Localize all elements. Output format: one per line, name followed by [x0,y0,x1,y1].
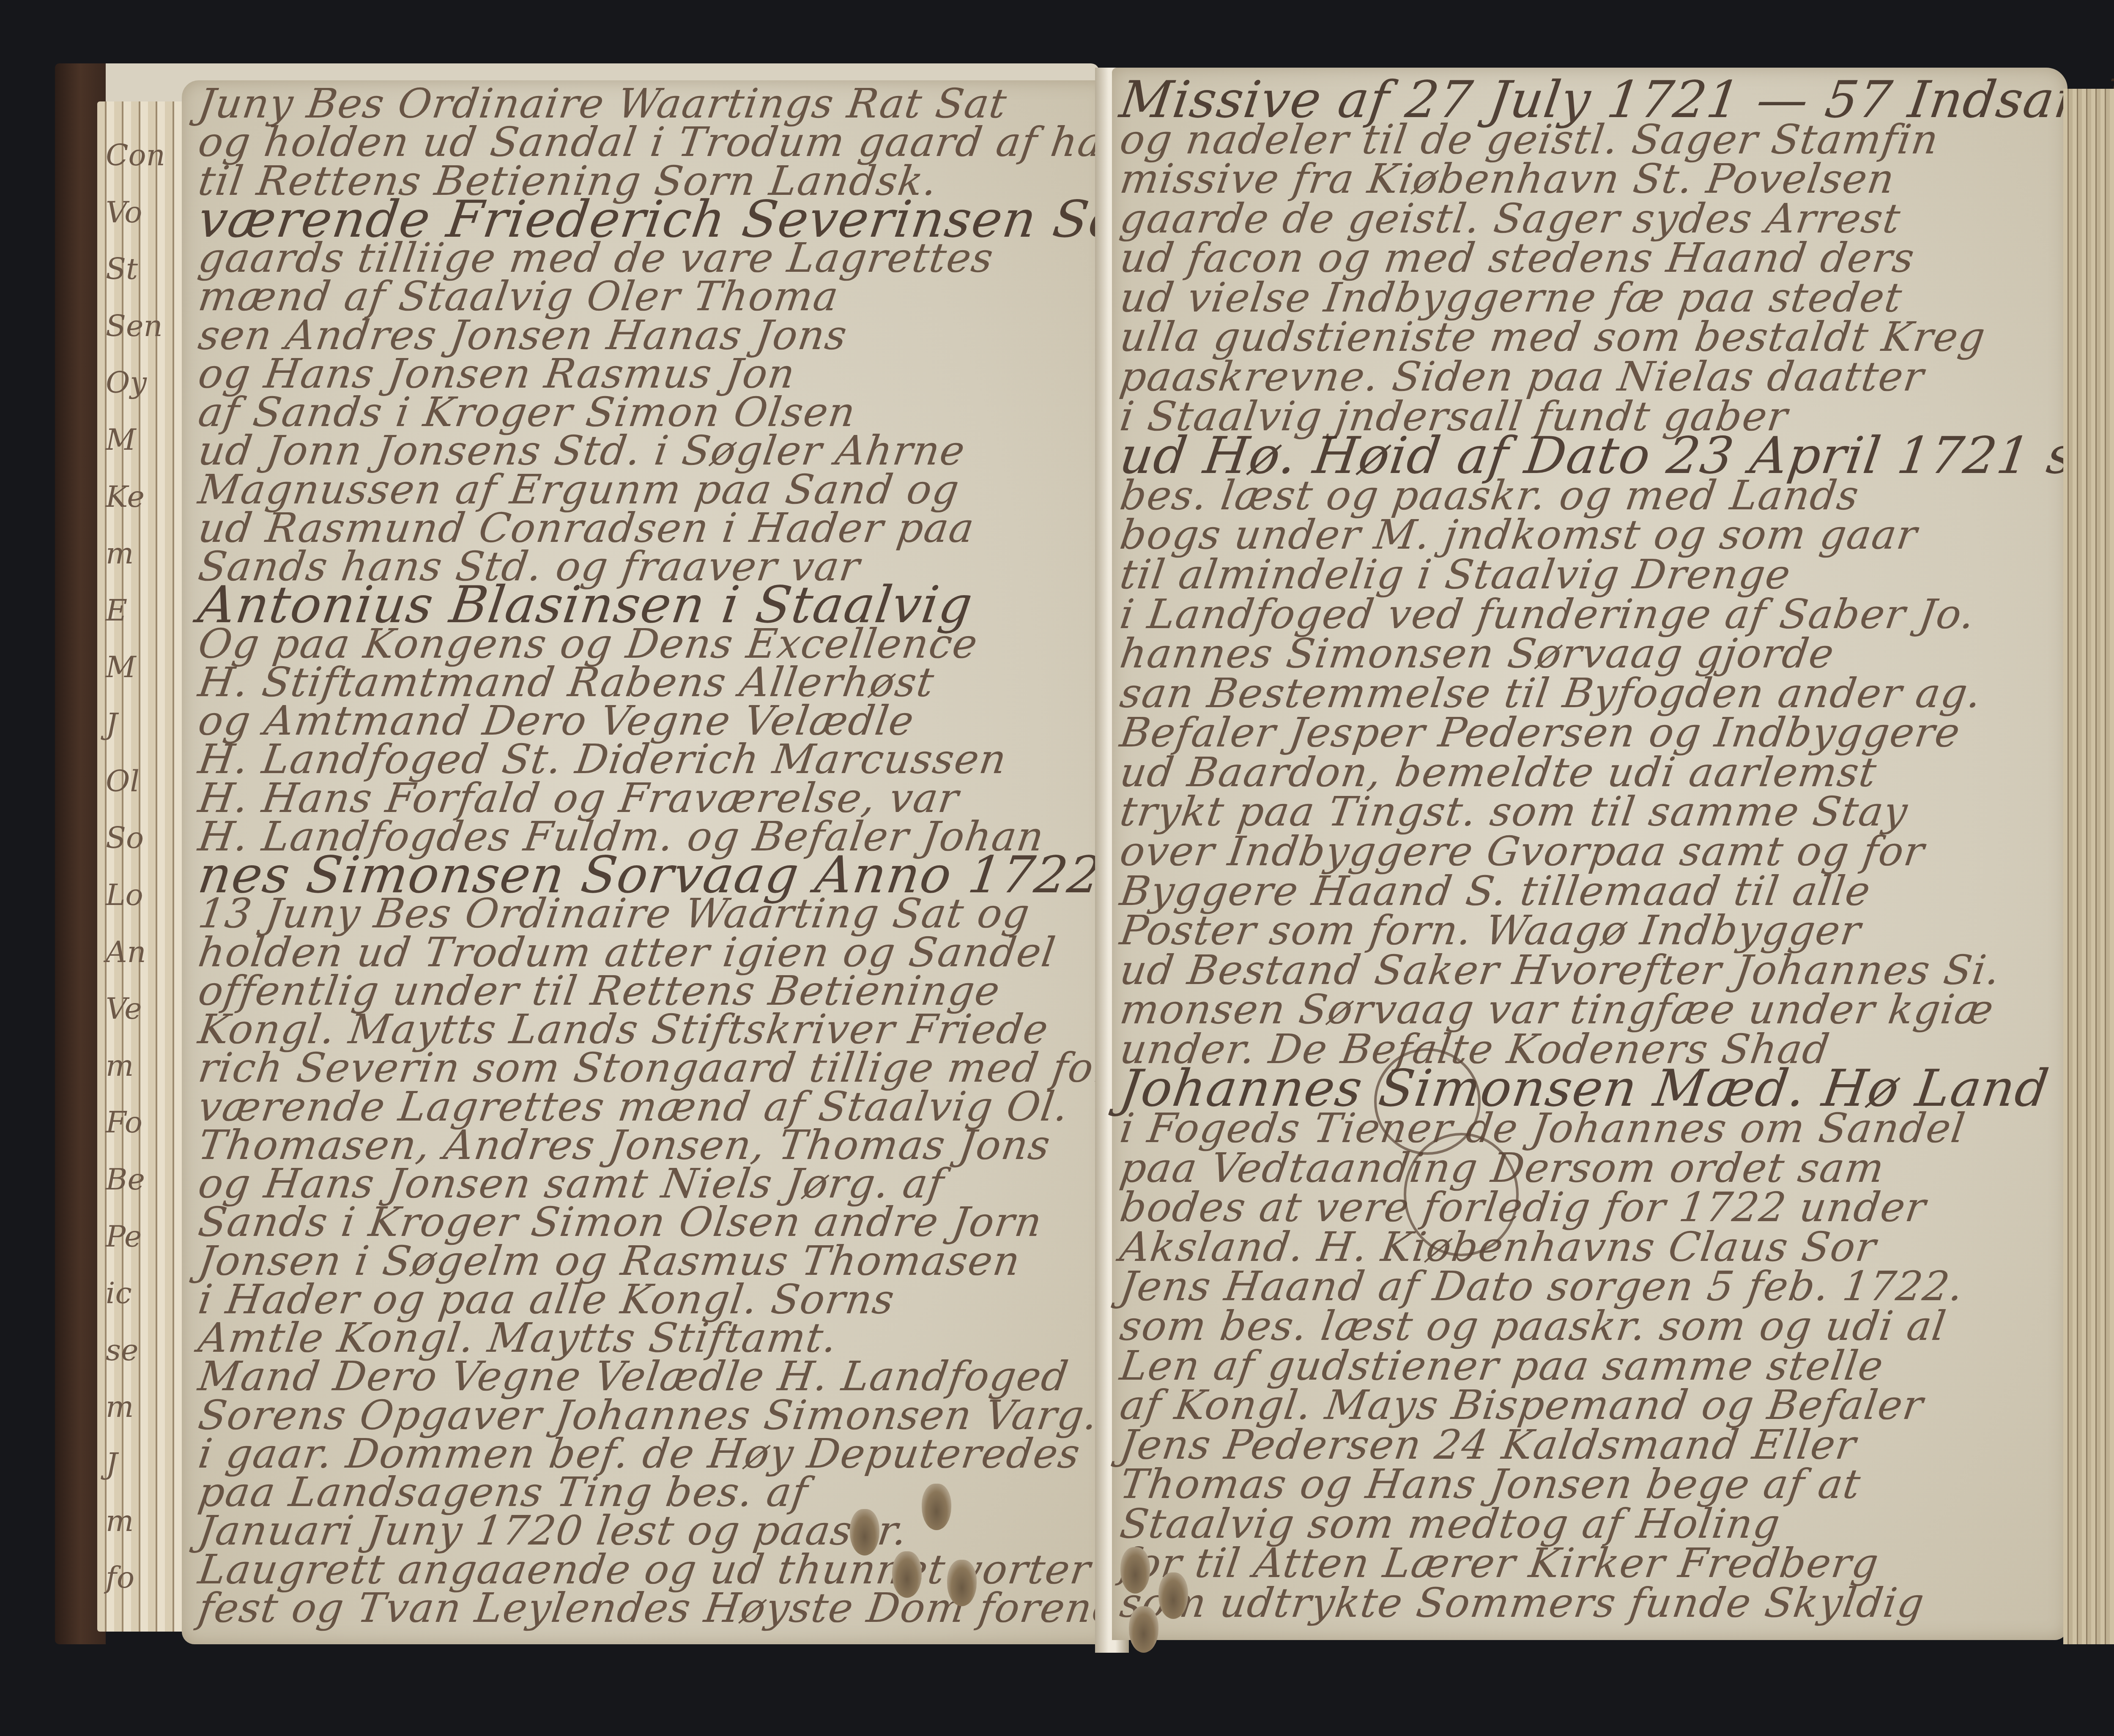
worm-hole [850,1509,879,1556]
manuscript-line: bogs under M. jndkomst og som gaar [1117,515,2114,555]
right-page: Missive af 27 July 1721 — 57 Indsamle st… [1112,68,2067,1640]
manuscript-line: og Hans Jonsen samt Niels Jørg. af [196,1165,1232,1203]
margin-note: Ol [106,753,165,810]
manuscript-line: Amtle Kongl. Maytts Stiftamt. [196,1319,1232,1357]
manuscript-line: i Landfoged ved funderinge af Saber Jo. [1117,595,2114,634]
manuscript-line: paa Landsagens Ting bes. af [196,1473,1232,1512]
manuscript-line: i gaar. Dommen bef. de Høy Deputeredes G… [196,1435,1232,1473]
manuscript-line: ud Jonn Jonsens Std. i Søgler Ahrne [196,432,1232,470]
manuscript-line: ud Baardon, bemeldte udi aarlemst [1117,753,2114,793]
manuscript-line: Mand Dero Vegne Velædle H. Landfoged [196,1357,1232,1396]
manuscript-line: 13 Juny Bes Ordinaire Waarting Sat og [196,894,1232,933]
manuscript-line: offentlig under til Rettens Betieninge [196,972,1232,1010]
manuscript-line: til almindelig i Staalvig Drenge [1117,555,2114,595]
margin-note: J [106,1435,165,1493]
manuscript-line: rich Severin som Stongaard tillige med f… [196,1049,1232,1087]
manuscript-line: Jens Haand af Dato sorgen 5 feb. 1722. [1117,1267,2114,1307]
worm-hole [892,1551,922,1598]
manuscript-line: fest og Tvan Leylendes Høyste Dom forene… [196,1589,1232,1627]
margin-note: Fo [106,1094,165,1151]
left-page: Juny Bes Ordinaire Waartings Rat Satog h… [182,80,1108,1644]
manuscript-line: Missive af 27 July 1721 — 57 Indsamle st… [1117,80,2114,120]
manuscript-line: værende Friederich Severinsen Schor [196,200,1232,239]
manuscript-line: Len af gudstiener paa samme stelle [1117,1346,2114,1386]
manuscript-line: ud vielse Indbyggerne fæ paa stedet [1117,278,2114,318]
manuscript-line: Antonius Blasinsen i Staalvig [196,586,1232,624]
right-page-text: Missive af 27 July 1721 — 57 Indsamle st… [1120,80,2114,1623]
manuscript-line: H. Hans Forfald og Fraværelse, var [196,779,1232,817]
margin-note: Vo [106,184,165,241]
manuscript-line: H. Stiftamtmand Rabens Allerhøst [196,663,1232,702]
manuscript-line: og Amtmand Dero Vegne Velædle [196,702,1232,740]
manuscript-line: Thomasen, Andres Jonsen, Thomas Jons [196,1126,1232,1165]
manuscript-line: af Kongl. Mays Bispemand og Befaler [1117,1386,2114,1425]
manuscript-line: gaards tilliige med de vare Lagrettes [196,239,1232,277]
margin-note: m [106,1378,165,1435]
manuscript-line: af Sands i Kroger Simon Olsen [196,393,1232,432]
manuscript-line: ud facon og med stedens Haand ders [1117,238,2114,278]
manuscript-line: monsen Sørvaag var tingfæe under kgiæ [1117,990,2114,1030]
margin-note: So [106,809,165,867]
manuscript-line: Byggere Haand S. tillemaad til alle [1117,872,2114,911]
page-stack-right [2063,89,2114,1644]
manuscript-line: Jonsen i Søgelm og Rasmus Thomasen [196,1242,1232,1280]
manuscript-line: holden ud Trodum atter igien og Sandel [196,933,1232,972]
manuscript-line: bes. læst og paaskr. og med Lands [1117,476,2114,516]
margin-note: J [106,696,165,753]
margin-note: m [106,525,165,582]
manuscript-line: og Hans Jonsen Rasmus Jon [196,355,1232,393]
manuscript-line: Sorens Opgaver Johannes Simonsen Varg. b [196,1396,1232,1435]
manuscript-line: bodes at vere forledig for 1722 under [1117,1188,2114,1228]
margin-note: Pe [106,1208,165,1265]
manuscript-line: i Hader og paa alle Kongl. Sorns [196,1280,1232,1319]
manuscript-line: i Fogeds Tiener de Johannes om Sandel [1117,1109,2114,1148]
worm-hole [922,1484,951,1530]
manuscript-line: H. Landfoged St. Diderich Marcussen [196,740,1232,779]
manuscript-line: paaskrevne. Siden paa Nielas daatter [1117,357,2114,397]
worm-hole [1158,1572,1188,1619]
manuscript-line: Magnussen af Ergunm paa Sand og [196,470,1232,509]
manuscript-line: Og paa Kongens og Dens Excellence [196,625,1232,663]
manuscript-line: mænd af Staalvig Oler Thoma [196,277,1232,316]
worm-hole [947,1560,977,1606]
manuscript-line: Thomas og Hans Jonsen bege af at [1117,1465,2114,1504]
manuscript-line: Aksland. H. Kiøbenhavns Claus Sor [1117,1228,2114,1267]
manuscript-line: som udtrykte Sommers funde Skyldig [1117,1583,2114,1623]
manuscript-line: værende Lagrettes mænd af Staalvig Ol. [196,1088,1232,1126]
manuscript-line: trykt paa Tingst. som til samme Stay [1117,792,2114,832]
manuscript-line: missive fra Kiøbenhavn St. Povelsen [1117,159,2114,199]
manuscript-line: Johannes Simonsen Mæd. Hø Land [1117,1069,2114,1109]
manuscript-line: gaarde de geistl. Sager sydes Arrest [1117,199,2114,239]
manuscript-line: og holden ud Sandal i Trodum gaard af ha… [196,123,1232,161]
manuscript-line: ulla gudstieniste med som bestaldt Kreg [1117,317,2114,357]
left-page-text: Juny Bes Ordinaire Waartings Rat Satog h… [199,85,1230,1627]
manuscript-line: paa Vedtaanding Dersom ordet sam [1117,1148,2114,1188]
margin-note: Lo [106,867,165,924]
margin-note: E [106,582,165,639]
margin-note: Sen [106,298,165,355]
manuscript-line: Laugrett angaaende og ud thunnet vorter … [196,1550,1232,1589]
margin-note: Ve [106,980,165,1037]
manuscript-line: nes Simonsen Sorvaag Anno 1722 d. [196,856,1232,894]
margin-note: se [106,1322,165,1379]
manuscript-line: Juny Bes Ordinaire Waartings Rat Sat [196,85,1232,123]
worm-hole [1120,1547,1150,1594]
manuscript-line: Staalvig som medtog af Holing [1117,1504,2114,1544]
manuscript-line: Kongl. Maytts Lands Stiftskriver Friede [196,1010,1232,1049]
margin-note: Con [106,127,165,184]
left-margin-notes: ConVoStSenOyMKemEMJOlSoLoAnVemFoBePeicse… [106,127,165,1606]
margin-note: Ke [106,468,165,525]
margin-note: m [106,1493,165,1550]
margin-note: M [106,411,165,468]
manuscript-line: Januari Juny 1720 lest og paaskr. [196,1512,1232,1550]
margin-note: m [106,1037,165,1094]
circled-word-mark [1404,1133,1519,1256]
manuscript-line: ud Hø. Høid af Dato 23 April 1721 som [1117,436,2114,476]
margin-note: fo [106,1549,165,1606]
margin-note: M [106,639,165,696]
manuscript-line: Poster som forn. Waagø Indbygger [1117,911,2114,951]
manuscript-line: over Indbyggere Gvorpaa samt og for [1117,832,2114,872]
margin-note: ic [106,1265,165,1322]
manuscript-line: som bes. læst og paaskr. som og udi al [1117,1307,2114,1346]
manuscript-line: hannes Simonsen Sørvaag gjorde [1117,634,2114,674]
manuscript-line: Sands i Kroger Simon Olsen andre Jorn [196,1203,1232,1241]
manuscript-scan: Juny Bes Ordinaire Waartings Rat Satog h… [0,0,2114,1736]
manuscript-line: ud Bestand Saker Hvorefter Johannes Si. [1117,951,2114,990]
manuscript-line: for til Atten Lærer Kirker Fredberg [1117,1544,2114,1583]
margin-note: Oy [106,354,165,411]
margin-note: St [106,241,165,298]
margin-note: An [106,924,165,981]
manuscript-line: san Bestemmelse til Byfogden ander ag. [1117,674,2114,714]
manuscript-line: sen Andres Jonsen Hanas Jons [196,316,1232,355]
manuscript-line: og nadeler til de geistl. Sager Stamfin [1117,120,2114,160]
manuscript-line: Jens Pedersen 24 Kaldsmand Eller [1117,1425,2114,1465]
manuscript-line: Befaler Jesper Pedersen og Indbyggere [1117,713,2114,753]
margin-note: Be [106,1151,165,1208]
worm-hole [1129,1606,1158,1653]
manuscript-line: ud Rasmund Conradsen i Hader paa [196,509,1232,547]
